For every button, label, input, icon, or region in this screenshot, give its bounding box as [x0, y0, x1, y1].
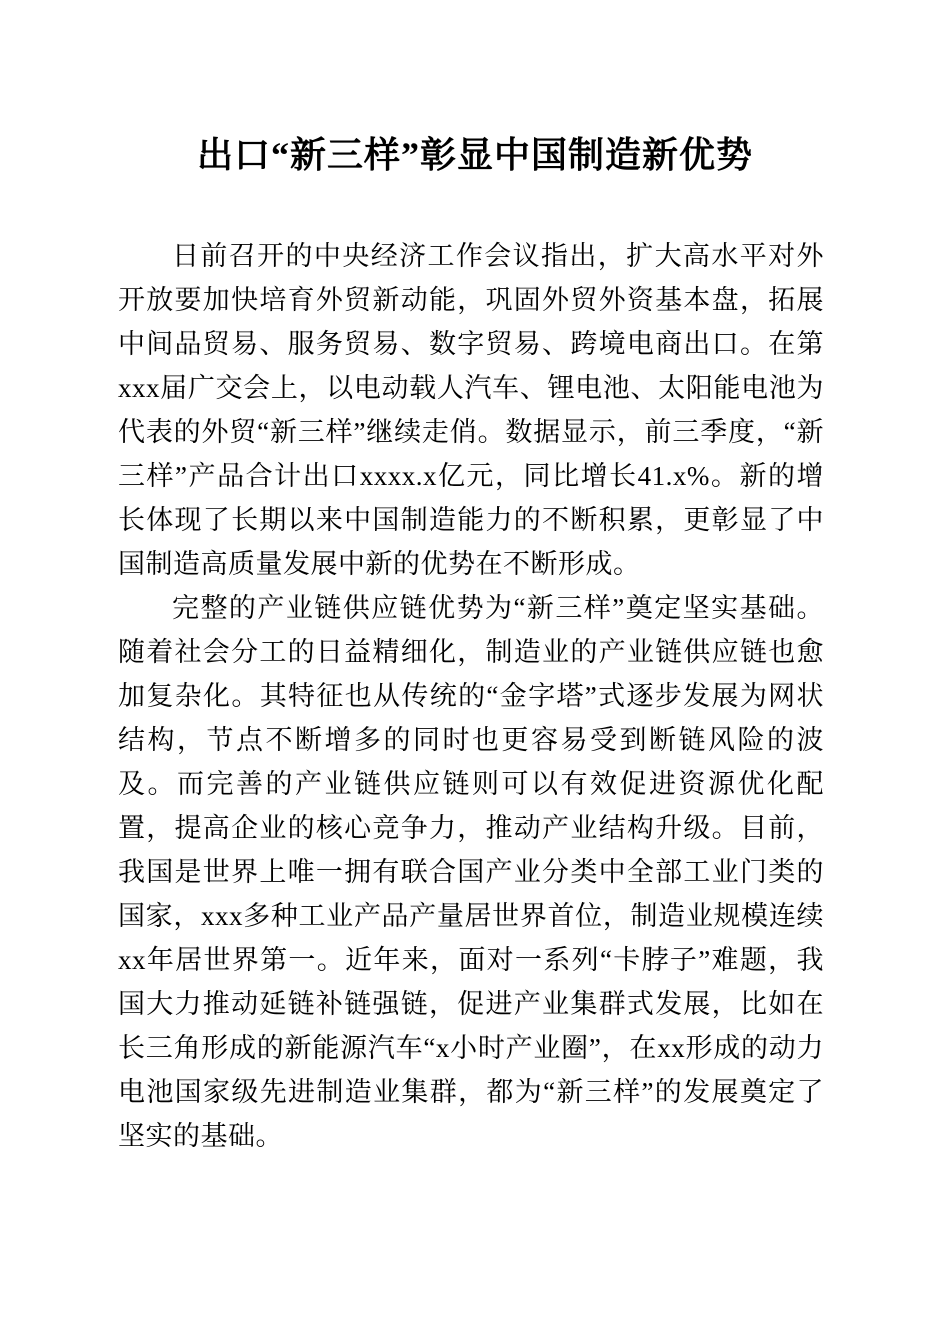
- document-title: 出口“新三样”彰显中国制造新优势: [0, 128, 950, 182]
- paragraph-2: 完整的产业链供应链优势为“新三样”奠定坚实基础。随着社会分工的日益精细化，制造业…: [118, 586, 824, 1158]
- document-page: 出口“新三样”彰显中国制造新优势 日前召开的中央经济工作会议指出，扩大高水平对外…: [0, 0, 950, 1344]
- paragraph-1: 日前召开的中央经济工作会议指出，扩大高水平对外开放要加快培育外贸新动能，巩固外贸…: [118, 234, 824, 586]
- document-body: 日前召开的中央经济工作会议指出，扩大高水平对外开放要加快培育外贸新动能，巩固外贸…: [118, 234, 824, 1158]
